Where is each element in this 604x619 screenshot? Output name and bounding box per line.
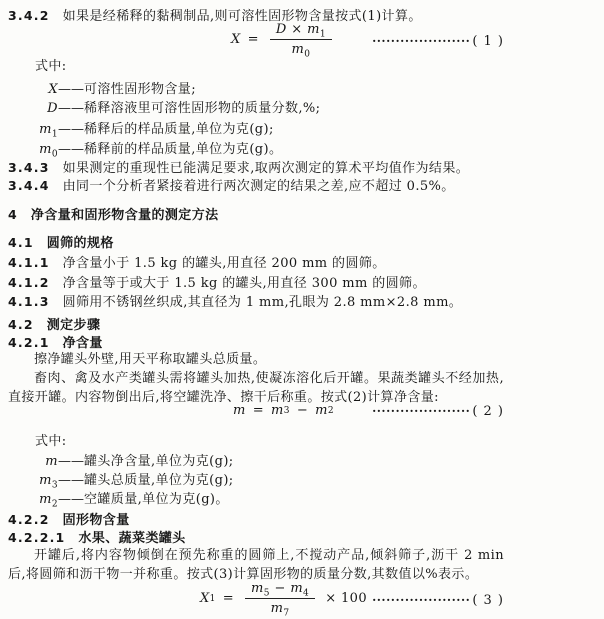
clause-3-4-3: 3.4.3如果测定的重现性已能满足要求,取两次测定的算术平均值作为结果。 xyxy=(8,158,504,178)
document-page: 3.4.2 如果是经稀释的黏稠制品,则可溶性固形物含量按式(1)计算。 X = … xyxy=(0,0,604,619)
formula-3-body: X1 = m5 − m4 m7 × 100 xyxy=(200,581,367,616)
definition-m0: m0——稀释前的样品质量,单位为克(g)。 xyxy=(8,140,504,159)
heading-4-1: 4.1圆筛的规格 xyxy=(8,233,504,253)
where-label: 式中: xyxy=(8,57,504,76)
formula-2-leader: ·····················( 2 ) xyxy=(372,402,504,421)
clause-3-4-4: 3.4.4由同一个分析者紧接着进行两次测定的结果之差,应不超过 0.5%。 xyxy=(8,176,504,196)
fraction: D × m1 m0 xyxy=(270,22,332,57)
clause-4-1-3: 4.1.3圆筛用不锈钢丝织成,其直径为 1 mm,孔眼为 2.8 mm×2.8 … xyxy=(8,292,504,312)
fraction: m5 − m4 m7 xyxy=(245,581,315,616)
formula-3: X1 = m5 − m4 m7 × 100 ··················… xyxy=(8,581,504,619)
multiply-sign: × xyxy=(291,22,302,37)
paragraph-wipe-can: 擦净罐头外壁,用天平称取罐头总质量。 xyxy=(8,350,504,369)
formula-1-number: ( 1 ) xyxy=(472,34,504,49)
formula-2-body: m = m3 − m2 xyxy=(233,401,334,420)
definition-m1: m1——稀释后的样品质量,单位为克(g); xyxy=(8,120,504,139)
definition-m2: m2——空罐质量,单位为克(g)。 xyxy=(8,490,504,509)
fraction-numerator: m5 − m4 xyxy=(245,581,315,599)
heading-4-2-2: 4.2.2固形物含量 xyxy=(8,510,504,530)
formula-1-body: X = D × m1 m0 xyxy=(231,22,336,57)
equals-sign: = xyxy=(248,30,259,49)
minus-sign: − xyxy=(297,401,308,420)
definition-X: X——可溶性固形物含量; xyxy=(8,80,504,99)
fraction-numerator: D × m1 xyxy=(270,22,332,40)
fraction-denominator: m7 xyxy=(271,599,290,616)
equals-sign: = xyxy=(253,401,264,420)
formula-1-leader: ·····················( 1 ) xyxy=(372,32,504,51)
paragraph-drain-procedure: 开罐后,将内容物倾倒在预先称重的圆筛上,不搅动产品,倾斜筛子,沥干 2 min … xyxy=(8,546,504,584)
times-100: × 100 xyxy=(325,589,367,608)
clause-4-1-2: 4.1.2净含量等于或大于 1.5 kg 的罐头,用直径 300 mm 的圆筛。 xyxy=(8,273,504,293)
definition-m: m——罐头净含量,单位为克(g); xyxy=(8,452,504,471)
equals-sign: = xyxy=(223,589,234,608)
definition-D: D——稀释溶液里可溶性固形物的质量分数,%; xyxy=(8,99,504,118)
fraction-denominator: m0 xyxy=(292,40,311,57)
formula-2: m = m3 − m2 ·····················( 2 ) xyxy=(8,401,504,420)
heading-4-2-2-1: 4.2.2.1水果、蔬菜类罐头 xyxy=(8,528,504,548)
heading-4: 4净含量和固形物含量的测定方法 xyxy=(8,205,504,225)
formula-1: X = D × m1 m0 ·····················( 1 ) xyxy=(8,22,504,60)
minus-sign: − xyxy=(274,581,285,596)
formula-3-number: ( 3 ) xyxy=(472,593,504,608)
where-label: 式中: xyxy=(8,432,504,451)
heading-4-2: 4.2测定步骤 xyxy=(8,315,504,335)
formula-2-number: ( 2 ) xyxy=(472,404,504,419)
definition-m3: m3——罐头总质量,单位为克(g); xyxy=(8,471,504,490)
clause-4-1-1: 4.1.1净含量小于 1.5 kg 的罐头,用直径 200 mm 的圆筛。 xyxy=(8,253,504,273)
formula-1-lhs: X xyxy=(231,30,241,49)
formula-3-leader: ·····················( 3 ) xyxy=(372,591,504,610)
